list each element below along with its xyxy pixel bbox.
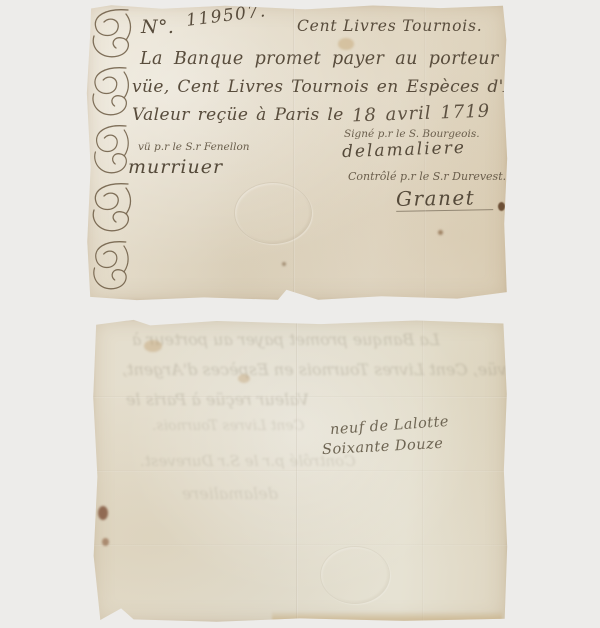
promise-text-line-3: Valeur reçüe à Paris le 18 avril 1719 <box>132 104 490 125</box>
banknote-front: N°. 119507. Cent Livres Tournois. La Ban… <box>86 4 508 301</box>
seen-by-label: vü p.r le S.r Fenellon <box>138 141 250 153</box>
promise-text-line-2: vüe, Cent Livres Tournois en Espèces d'A… <box>132 77 571 97</box>
bleedthrough-text: La Banque promet payer au porteur à <box>132 330 440 349</box>
granet-signature: Granet <box>396 185 494 212</box>
paper-stain <box>282 262 286 266</box>
endorsement-line-2: Soixante Douze <box>322 436 444 458</box>
serial-number-label: N°. <box>141 16 174 38</box>
endorsement-line-1: neuf de Lalotte <box>330 414 450 438</box>
photo-background: N°. 119507. Cent Livres Tournois. La Ban… <box>0 0 600 628</box>
paper-stain <box>498 202 505 211</box>
embossed-dry-seal <box>234 182 312 244</box>
fenellon-clerk-signature: murriuer <box>128 156 223 178</box>
bleedthrough-text: Valeur reçüe à Paris le <box>126 390 309 409</box>
bourgeois-signature: delamaliere <box>342 138 467 162</box>
paper-stain <box>338 38 354 50</box>
banknote-back: La Banque promet payer au porteur à vüe,… <box>92 318 508 623</box>
paper-stain <box>438 230 443 235</box>
denomination-title: Cent Livres Tournois. <box>297 17 482 35</box>
bleedthrough-text: vüe, Cent Livres Tournois en Espèces d'A… <box>122 360 507 379</box>
bleedthrough-text: delamaliere <box>182 484 278 503</box>
fold-crease <box>424 4 426 301</box>
fold-crease <box>92 470 508 472</box>
worn-bottom-edge <box>272 611 502 621</box>
paper-stain <box>238 374 250 383</box>
fold-crease <box>92 544 508 546</box>
embossed-seal-impression <box>320 546 390 604</box>
paper-stain <box>98 506 108 520</box>
value-received-text: Valeur reçüe à Paris le <box>132 105 344 125</box>
paper-stain <box>144 340 162 352</box>
controlled-by-label: Contrôlé p.r le S.r Durevest. <box>348 170 506 183</box>
bleedthrough-text: Cent Livres Tournois. <box>152 418 304 434</box>
handwritten-date: 18 avril 1719 <box>351 101 490 127</box>
fold-crease <box>92 396 508 398</box>
calligraphic-flourish-border <box>88 6 134 298</box>
serial-number-value: 119507. <box>185 1 268 31</box>
paper-stain <box>102 538 109 546</box>
promise-text-line-1: La Banque promet payer au porteur à <box>140 49 520 69</box>
fold-crease <box>293 4 295 301</box>
